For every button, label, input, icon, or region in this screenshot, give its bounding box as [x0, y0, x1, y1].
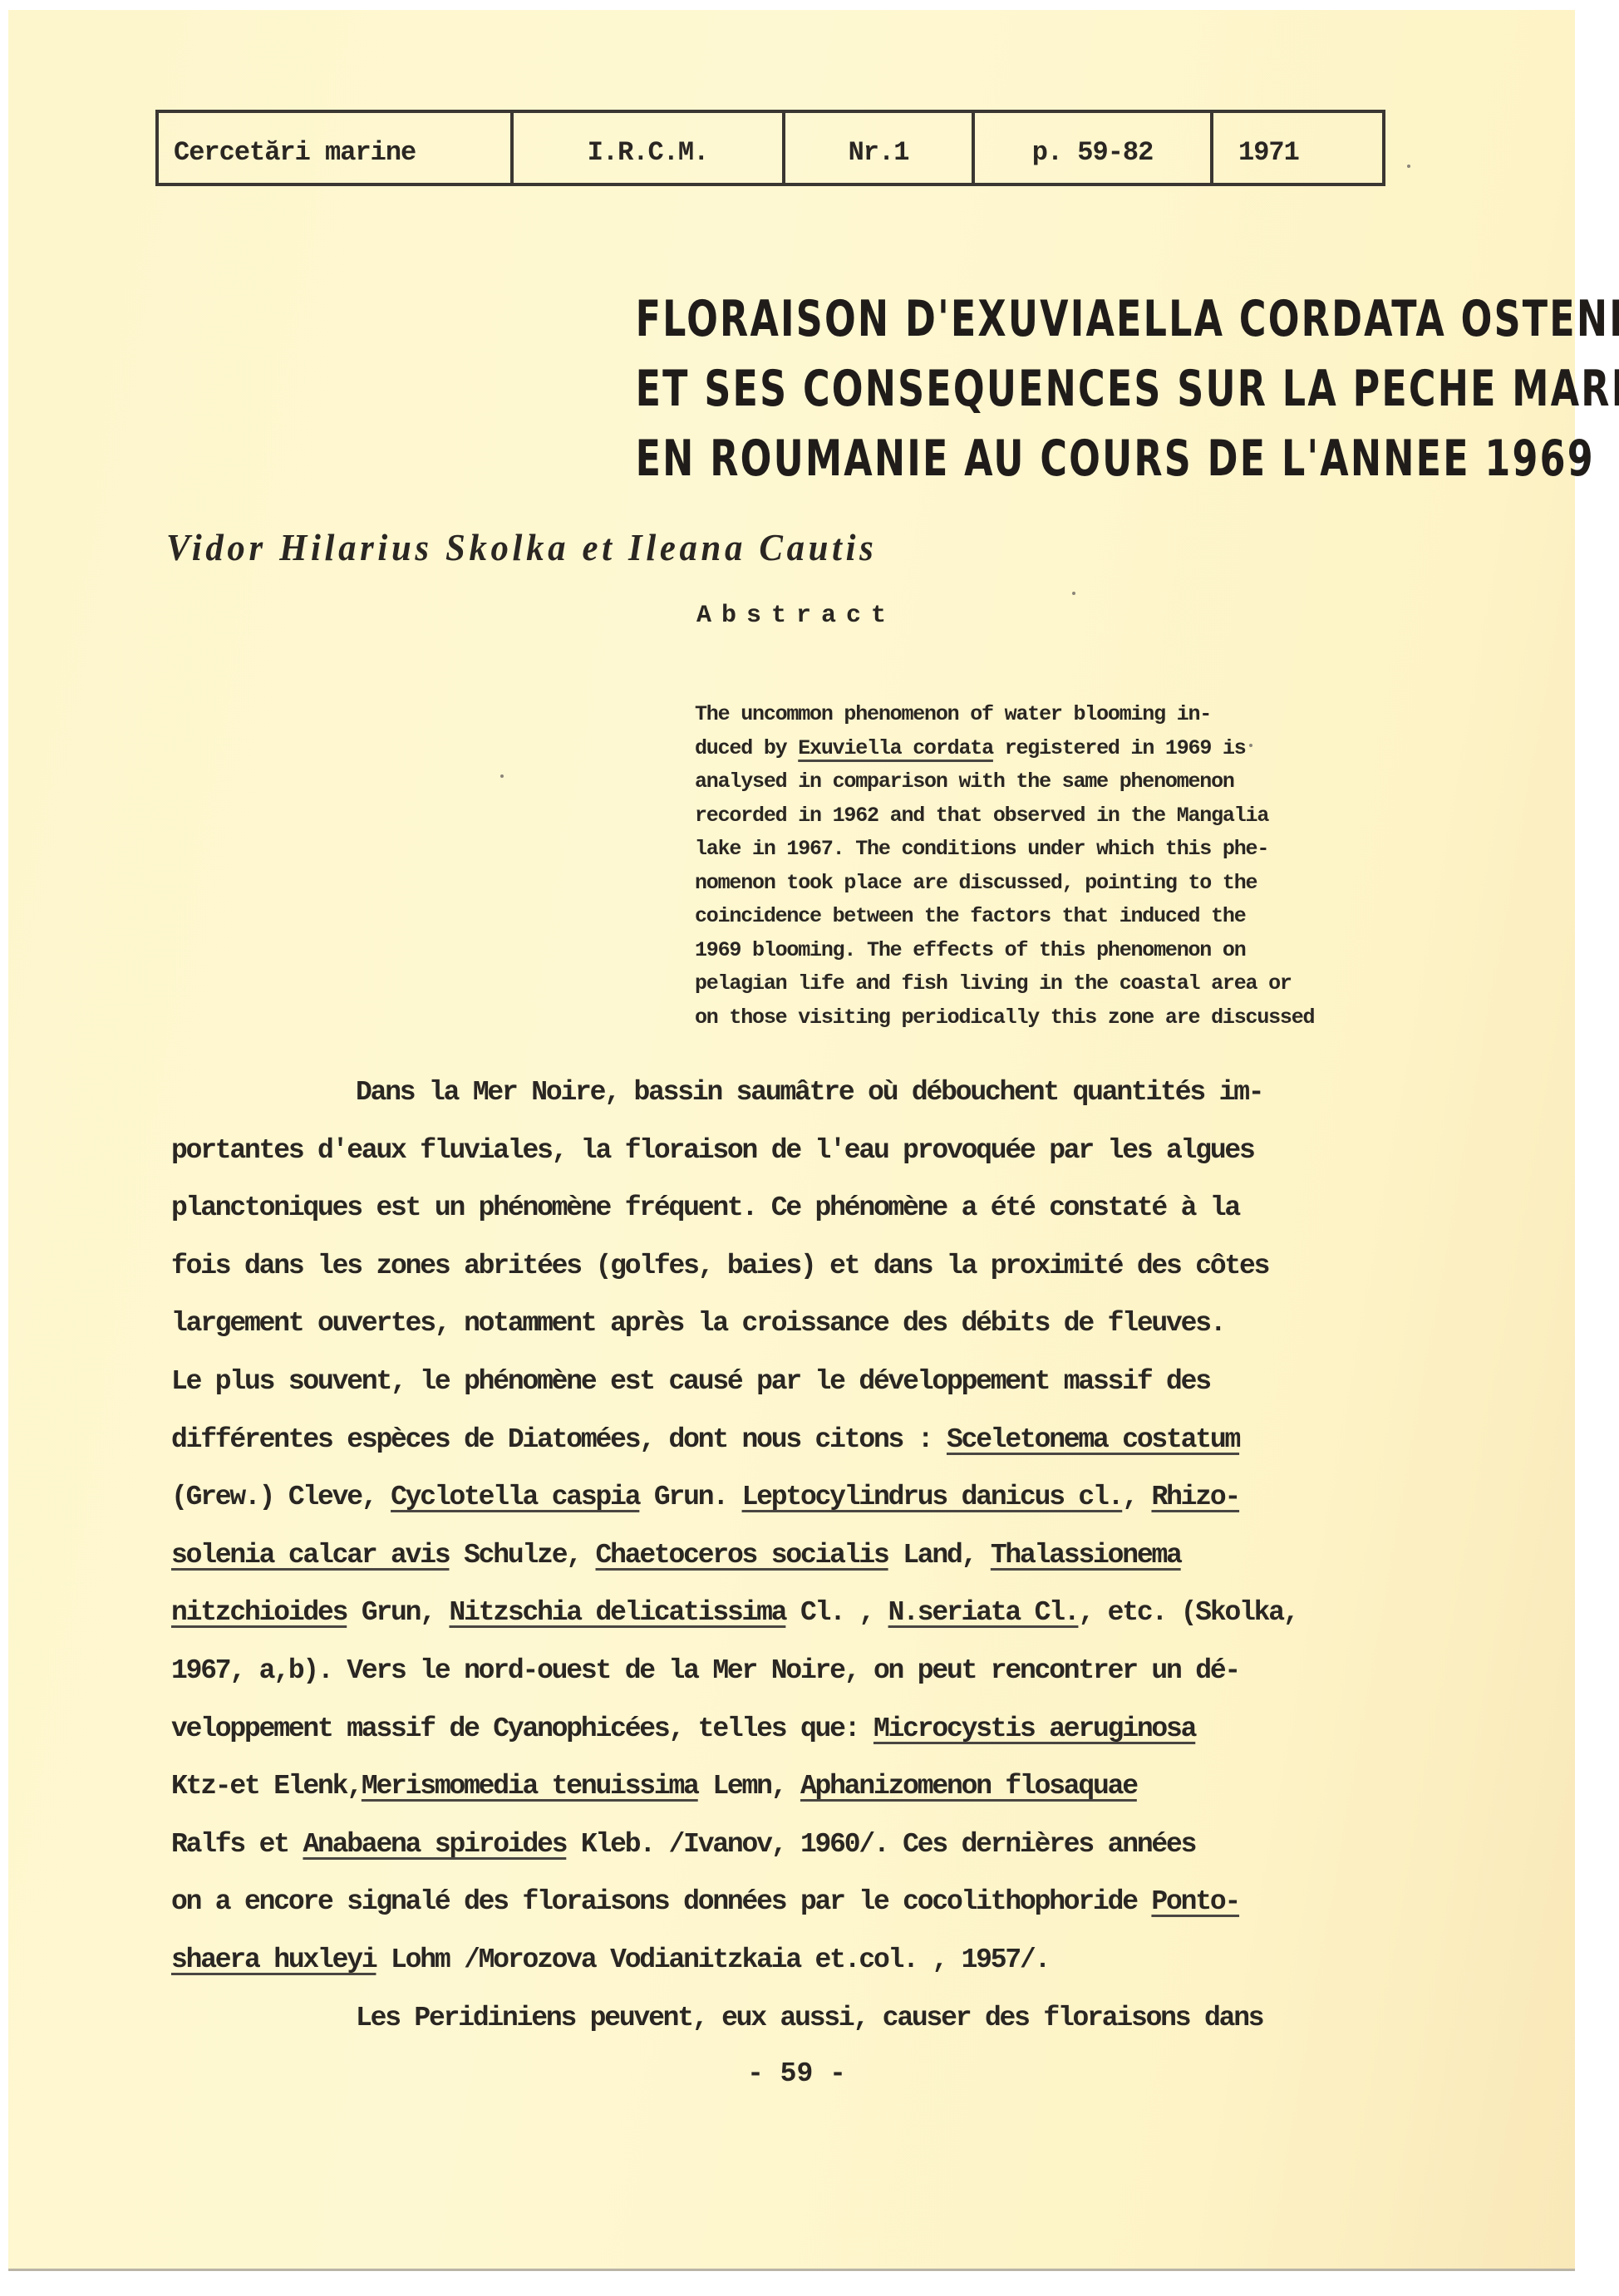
body-line: shaera huxleyi Lohm /Morozova Vodianitzk… — [171, 1931, 1401, 1989]
body-text: Dans la Mer Noire, bassin saumâtre où dé… — [171, 1064, 1401, 2047]
publication-year: 1971 — [1213, 113, 1382, 183]
abstract-line: nomenon took place are discussed, pointi… — [695, 867, 1443, 901]
species-name: shaera huxleyi — [171, 1944, 376, 1975]
species-name: Rhizo- — [1151, 1482, 1239, 1512]
abstract-text: The uncommon phenomenon of water bloomin… — [695, 698, 1443, 1035]
body-line: veloppement massif de Cyanophicées, tell… — [171, 1700, 1401, 1758]
scanned-page: Cercetări marine I.R.C.M. Nr.1 p. 59-82 … — [8, 10, 1575, 2271]
abstract-line: recorded in 1962 and that observed in th… — [695, 799, 1443, 833]
species-name: nitzchioides — [171, 1597, 347, 1628]
species-name: Merismomedia tenuissima — [362, 1771, 698, 1802]
abstract-line: 1969 blooming. The effects of this pheno… — [695, 934, 1443, 968]
title-line: FLORAISON D'EXUVIAELLA CORDATA OSTENF. — [636, 284, 1380, 354]
abstract-line: on those visiting periodically this zone… — [695, 1001, 1443, 1035]
species-name: Aphanizomenon flosaquae — [800, 1771, 1137, 1802]
abstract-line: duced by Exuviella cordata registered in… — [695, 732, 1443, 766]
body-line: portantes d'eaux fluviales, la floraison… — [171, 1122, 1401, 1180]
scan-speck — [1249, 744, 1252, 747]
scan-speck — [1072, 592, 1075, 595]
abstract-line: lake in 1967. The conditions under which… — [695, 833, 1443, 867]
species-name: Microcystis aeruginosa — [873, 1713, 1195, 1744]
abstract-line: analysed in comparison with the same phe… — [695, 765, 1443, 799]
scan-speck — [500, 774, 504, 778]
body-line: on a encore signalé des floraisons donné… — [171, 1873, 1401, 1931]
body-line: solenia calcar avis Schulze, Chaetoceros… — [171, 1527, 1401, 1585]
journal-header-table: Cercetări marine I.R.C.M. Nr.1 p. 59-82 … — [155, 110, 1385, 186]
body-line: largement ouvertes, notamment après la c… — [171, 1295, 1401, 1353]
species-name: solenia calcar avis — [171, 1540, 449, 1571]
species-name: Ponto- — [1151, 1886, 1239, 1917]
title-line: ET SES CONSEQUENCES SUR LA PECHE MARITIM… — [636, 354, 1380, 424]
body-line: nitzchioides Grun, Nitzschia delicatissi… — [171, 1584, 1401, 1642]
species-name: Sceletonema costatum — [947, 1424, 1239, 1455]
institute-abbrev: I.R.C.M. — [514, 113, 785, 183]
issue-number: Nr.1 — [785, 113, 975, 183]
scan-speck — [1407, 165, 1410, 168]
species-name: Cyclotella caspia — [391, 1482, 639, 1512]
body-line: 1967, a,b). Vers le nord-ouest de la Mer… — [171, 1642, 1401, 1700]
body-line: Dans la Mer Noire, bassin saumâtre où dé… — [171, 1064, 1401, 1122]
body-line: Le plus souvent, le phénomène est causé … — [171, 1353, 1401, 1411]
abstract-line: The uncommon phenomenon of water bloomin… — [695, 698, 1443, 732]
species-name: Leptocylindrus danicus cl. — [742, 1482, 1123, 1512]
authors: Vidor Hilarius Skolka et Ileana Cautis — [166, 525, 877, 569]
abstract-heading: Abstract — [696, 602, 896, 630]
body-line: Les Peridiniens peuvent, eux aussi, caus… — [171, 1989, 1401, 2048]
page-number: - 59 - — [8, 2058, 1575, 2089]
abstract-line: coincidence between the factors that ind… — [695, 900, 1443, 934]
body-line: différentes espèces de Diatomées, dont n… — [171, 1411, 1401, 1469]
title-line: EN ROUMANIE AU COURS DE L'ANNEE 1969 — [636, 424, 1380, 494]
article-title: FLORAISON D'EXUVIAELLA CORDATA OSTENF. E… — [374, 284, 1380, 494]
page-range: p. 59-82 — [975, 113, 1213, 183]
body-line: fois dans les zones abritées (golfes, ba… — [171, 1237, 1401, 1295]
body-line: planctoniques est un phénomène fréquent.… — [171, 1179, 1401, 1237]
journal-name: Cercetări marine — [159, 113, 514, 183]
species-name: Nitzschia delicatissima — [449, 1597, 785, 1628]
body-line: Ktz-et Elenk,Merismomedia tenuissima Lem… — [171, 1758, 1401, 1816]
species-name: Anabaena spiroides — [303, 1829, 566, 1860]
species-name: N.seriata Cl. — [888, 1597, 1079, 1628]
abstract-line: pelagian life and fish living in the coa… — [695, 967, 1443, 1001]
species-name: Thalassionema — [991, 1540, 1181, 1571]
body-line: Ralfs et Anabaena spiroides Kleb. /Ivano… — [171, 1816, 1401, 1874]
species-name: Exuviella cordata — [798, 736, 993, 760]
body-line: (Grew.) Cleve, Cyclotella caspia Grun. L… — [171, 1468, 1401, 1527]
species-name: Chaetoceros socialis — [596, 1540, 888, 1571]
